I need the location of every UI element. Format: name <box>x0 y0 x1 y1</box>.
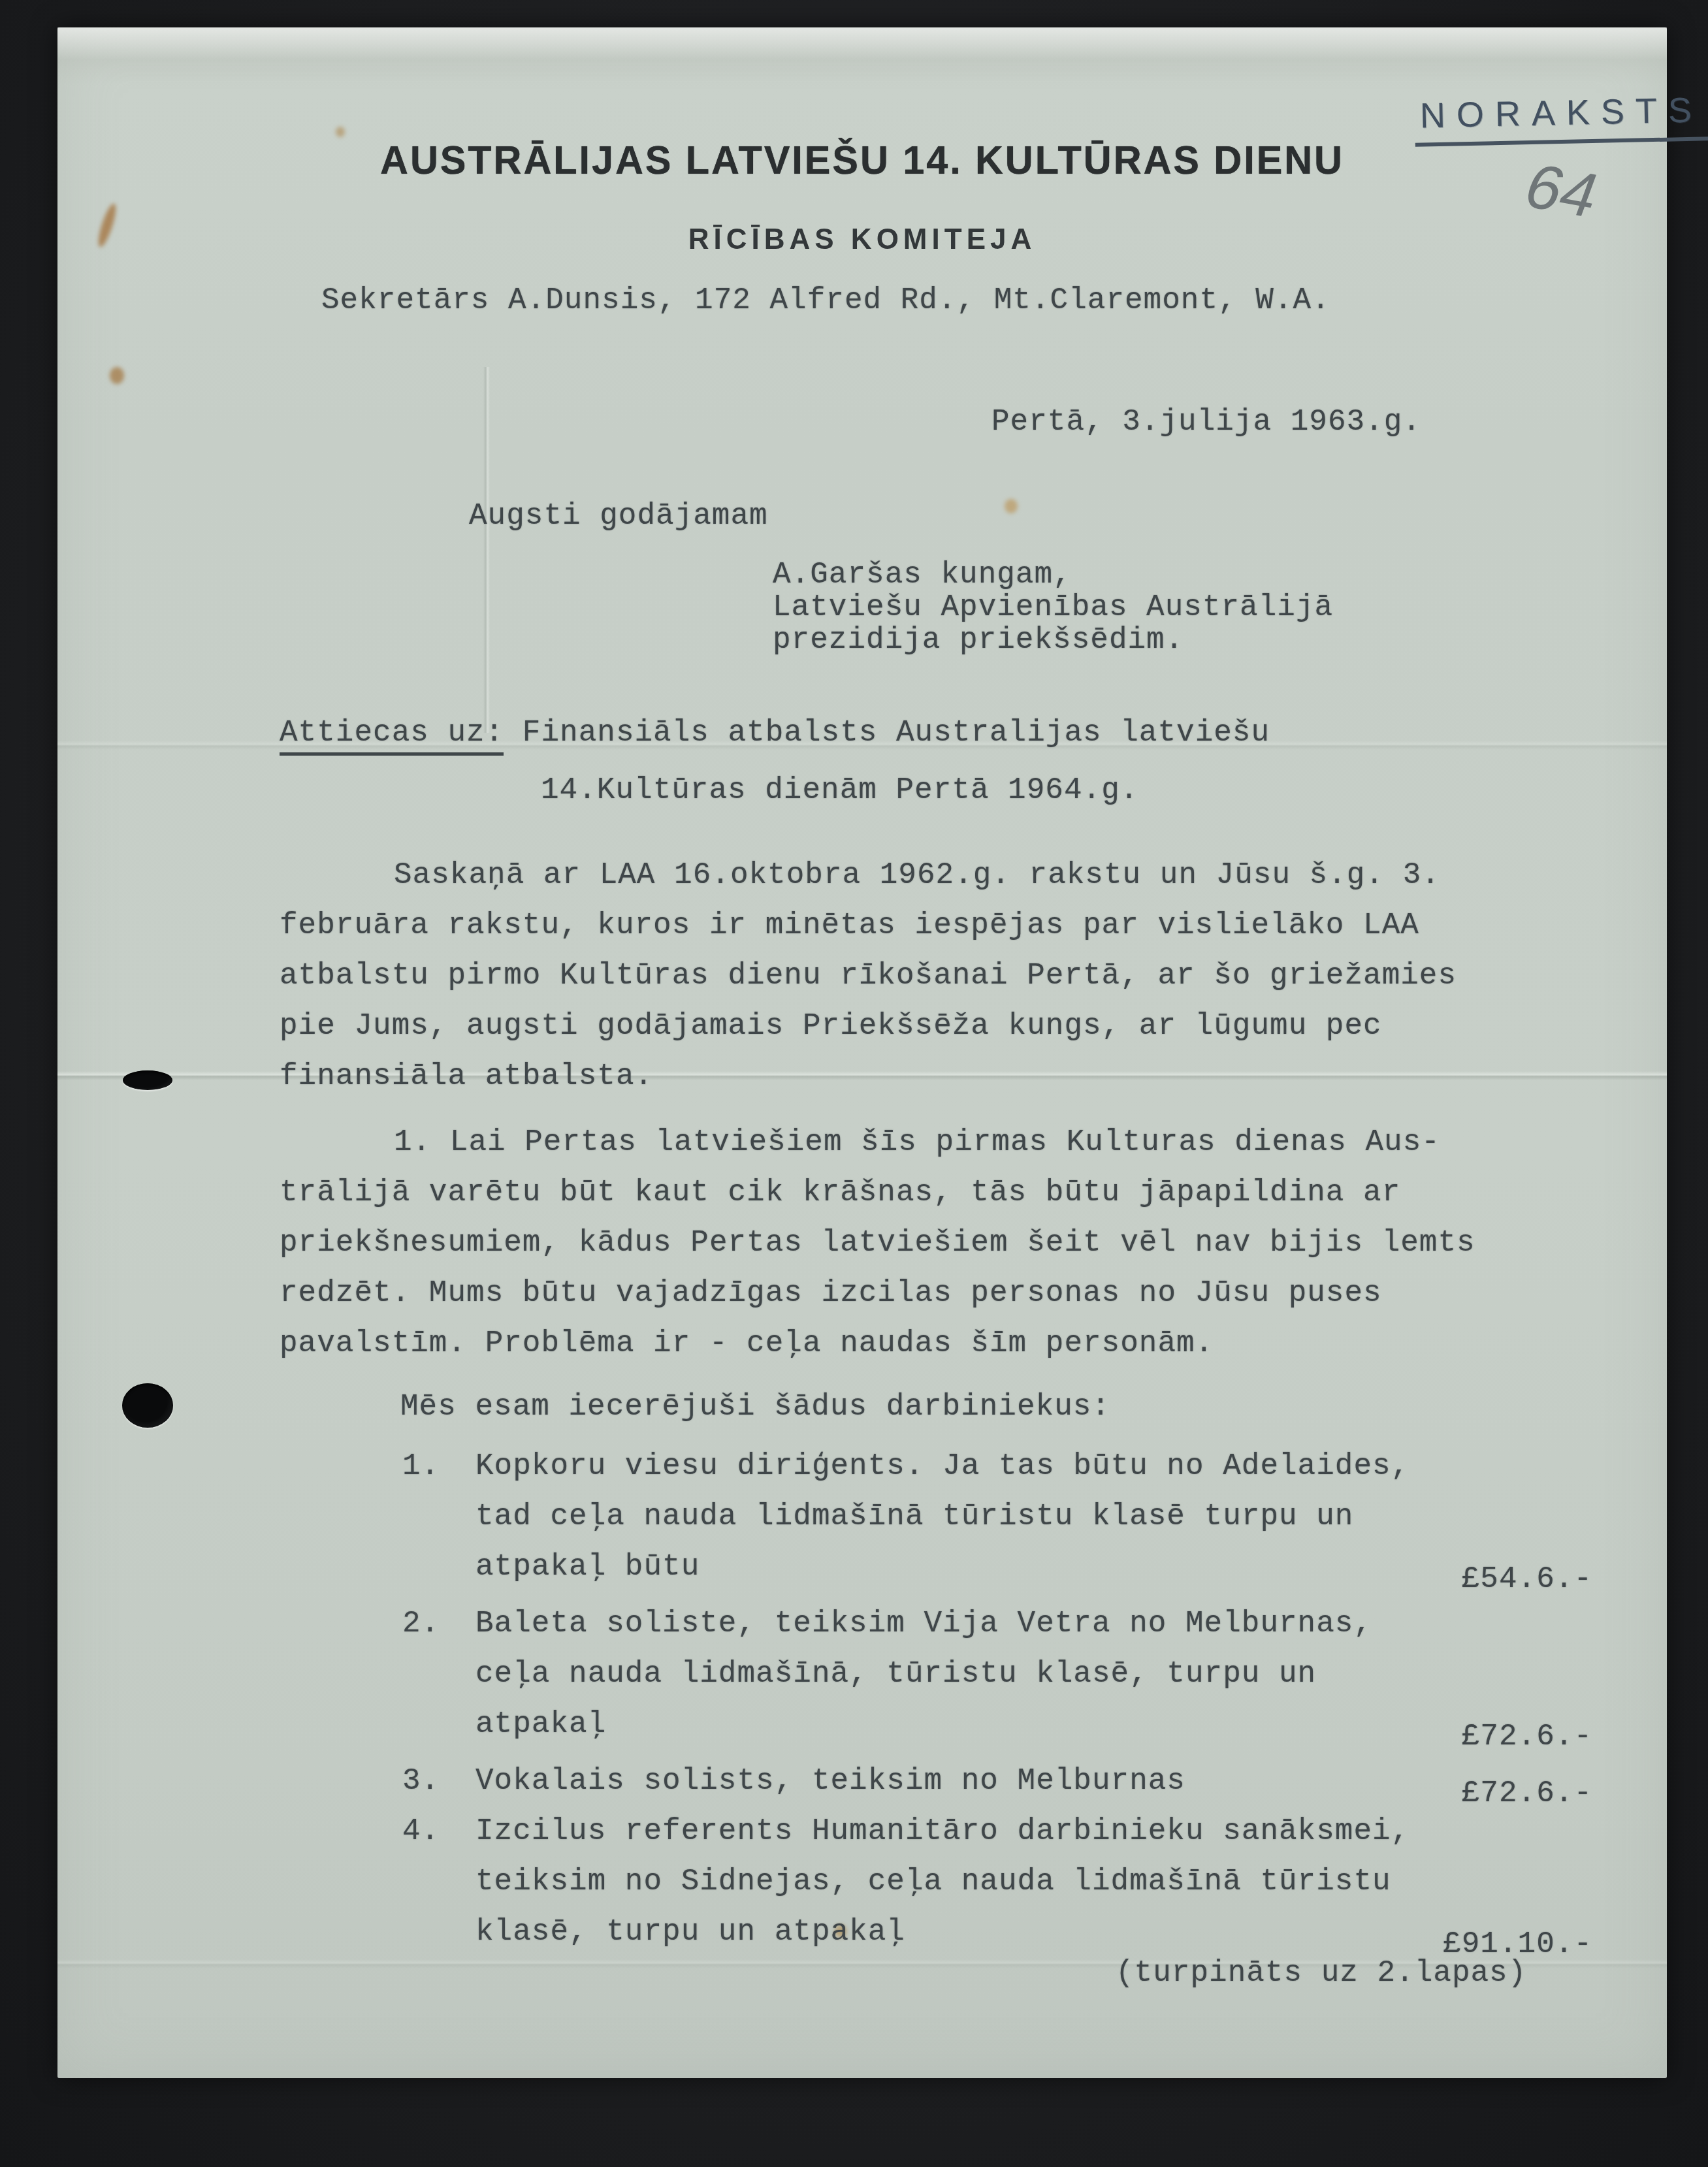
addressee-line: Latviešu Apvienības Austrālijā <box>773 590 1333 623</box>
salutation: Augsti godājamam <box>469 499 768 533</box>
cost-item-2: 2. Baleta soliste, teiksim Vija Vetra no… <box>475 1607 1592 1758</box>
item-line: Izcilus referents Humanitāro darbinieku … <box>475 1814 1592 1865</box>
punch-hole-bottom <box>122 1383 173 1428</box>
item-line: teiksim no Sidnejas, ceļa nauda lidmašīn… <box>475 1865 1592 1915</box>
paragraph-line: pavalstīm. Problēma ir - ceļa naudas šīm… <box>280 1326 1475 1377</box>
letter-page: NORAKSTS 64 AUSTRĀLIJAS LATVIEŠU 14. KUL… <box>57 27 1667 2078</box>
stain <box>1005 499 1018 513</box>
paper-crumple-top-edge <box>57 27 1667 86</box>
list-intro: Mēs esam iecerējuši šādus darbiniekus: <box>400 1390 1110 1424</box>
dateline: Pertā, 3.julija 1963.g. <box>991 405 1421 439</box>
paragraph-1: Saskaņā ar LAA 16.oktobra 1962.g. rakstu… <box>280 858 1457 1110</box>
stain <box>336 127 345 137</box>
cost-item-4: 4. Izcilus referents Humanitāro darbinie… <box>475 1814 1592 1965</box>
item-line-text: atpakaļ <box>475 1707 606 1741</box>
paragraph-line: redzēt. Mums būtu vajadzīgas izcilas per… <box>280 1276 1475 1326</box>
item-line: ceļa nauda lidmašīnā, tūristu klasē, tur… <box>475 1657 1592 1707</box>
letterhead-secretary-line: Sekretārs A.Dunsis, 172 Alfred Rd., Mt.C… <box>321 283 1330 317</box>
item-line: tad ceļa nauda lidmašīnā tūristu klasē t… <box>475 1500 1592 1550</box>
paragraph-line: priekšnesumiem, kādus Pertas latviešiem … <box>280 1226 1475 1276</box>
item-number: 2. <box>402 1607 440 1641</box>
item-line-text: klasē, turpu un atpakaļ <box>475 1915 905 1949</box>
addressee-block: A.Garšas kungam, Latviešu Apvienības Aus… <box>773 558 1333 656</box>
cost-item-3: 3. Vokalais solists, teiksim no Melburna… <box>475 1764 1592 1814</box>
addressee-line: prezidija priekšsēdim. <box>773 623 1333 656</box>
subject-label: Attiecas uz: <box>280 716 504 756</box>
paragraph-line: 1. Lai Pertas latviešiem šīs pirmas Kult… <box>280 1125 1475 1176</box>
item-line: atpakaļ būtu£54.6.- <box>475 1550 1592 1600</box>
subject-line-1: Attiecas uz: Finansiāls atbalsts Austral… <box>280 716 1270 750</box>
item-price: £72.6.- <box>1462 1776 1592 1810</box>
subject-line-2: 14.Kultūras dienām Pertā 1964.g. <box>541 773 1138 807</box>
item-line: Vokalais solists, teiksim no Melburnas£7… <box>475 1764 1592 1814</box>
vertical-crease <box>483 367 490 733</box>
scan-mat-background: NORAKSTS 64 AUSTRĀLIJAS LATVIEŠU 14. KUL… <box>0 0 1708 2167</box>
letterhead-subtitle: RĪCĪBAS KOMITEJA <box>57 223 1667 256</box>
letterhead-title: AUSTRĀLIJAS LATVIEŠU 14. KULTŪRAS DIENU <box>89 137 1634 184</box>
paragraph-line: pie Jums, augsti godājamais Priekšsēža k… <box>280 1009 1457 1059</box>
item-line: atpakaļ£72.6.- <box>475 1707 1592 1758</box>
stain <box>110 367 124 384</box>
item-price: £54.6.- <box>1462 1562 1592 1596</box>
item-number: 1. <box>402 1449 440 1483</box>
item-line: Baleta soliste, teiksim Vija Vetra no Me… <box>475 1607 1592 1657</box>
item-line-text: atpakaļ būtu <box>475 1550 700 1584</box>
continuation-note: (turpināts uz 2.lapas) <box>1116 1956 1526 1990</box>
punch-hole-top <box>123 1070 172 1090</box>
paragraph-line: trālijā varētu būt kaut cik krāšnas, tās… <box>280 1176 1475 1226</box>
paragraph-line: atbalstu pirmo Kultūras dienu rīkošanai … <box>280 959 1457 1009</box>
paragraph-line: februāra rakstu, kuros ir minētas iespēj… <box>280 908 1457 959</box>
item-line: Kopkoru viesu diriģents. Ja tas būtu no … <box>475 1449 1592 1500</box>
item-number: 4. <box>402 1814 440 1848</box>
paragraph-line: Saskaņā ar LAA 16.oktobra 1962.g. rakstu… <box>280 858 1457 908</box>
item-line-text: Vokalais solists, teiksim no Melburnas <box>475 1764 1185 1798</box>
cost-item-1: 1. Kopkoru viesu diriģents. Ja tas būtu … <box>475 1449 1592 1600</box>
item-price: £72.6.- <box>1462 1720 1592 1754</box>
paragraph-line: finansiāla atbalsta. <box>280 1059 1457 1110</box>
item-number: 3. <box>402 1764 440 1798</box>
paragraph-2: 1. Lai Pertas latviešiem šīs pirmas Kult… <box>280 1125 1475 1377</box>
addressee-line: A.Garšas kungam, <box>773 558 1333 590</box>
subject-text: Finansiāls atbalsts Australijas latviešu <box>504 716 1270 750</box>
